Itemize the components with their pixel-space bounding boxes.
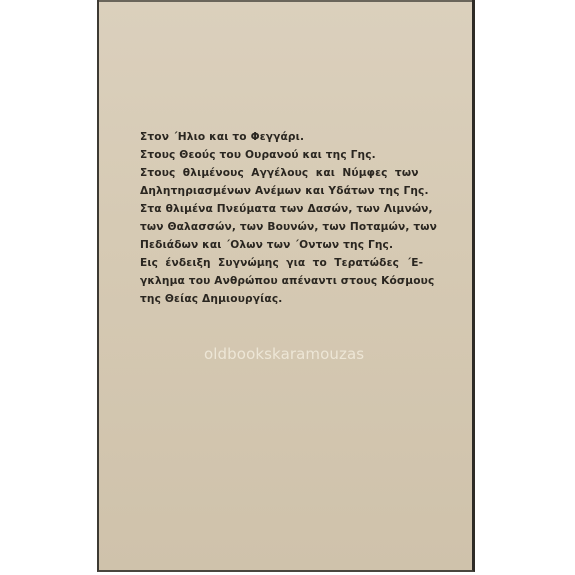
dedication-line: Στον ΄Ηλιο και το Φεγγάρι. (140, 128, 437, 146)
dedication-line: των Θαλασσών, των Βουνών, των Ποταμών, τ… (140, 218, 437, 236)
dedication-line: της Θείας Δημιουργίας. (140, 290, 437, 308)
dedication-line: γκλημα του Ανθρώπου απέναντι στους Κόσμο… (140, 272, 437, 290)
watermark: oldbookskaramouzas (204, 345, 364, 363)
dedication-line: Πεδιάδων και ΄Ολων των ΄Οντων της Γης. (140, 236, 437, 254)
dedication-line: Δηλητηριασμένων Ανέμων και Υδάτων της Γη… (140, 182, 437, 200)
dedication-line: Στους θλιμένους Αγγέλους και Νύμφες των (140, 164, 437, 182)
dedication-line: Στους Θεούς του Ουρανού και της Γης. (140, 146, 437, 164)
dedication-text: Στον ΄Ηλιο και το Φεγγάρι. Στους Θεούς τ… (140, 128, 437, 308)
dedication-line: Εις ένδειξη Συγνώμης για το Τερατώδες ΄Ε… (140, 254, 437, 272)
dedication-line: Στα θλιμένα Πνεύματα των Δασών, των Λιμν… (140, 200, 437, 218)
book-page: Στον ΄Ηλιο και το Φεγγάρι. Στους Θεούς τ… (97, 0, 475, 572)
